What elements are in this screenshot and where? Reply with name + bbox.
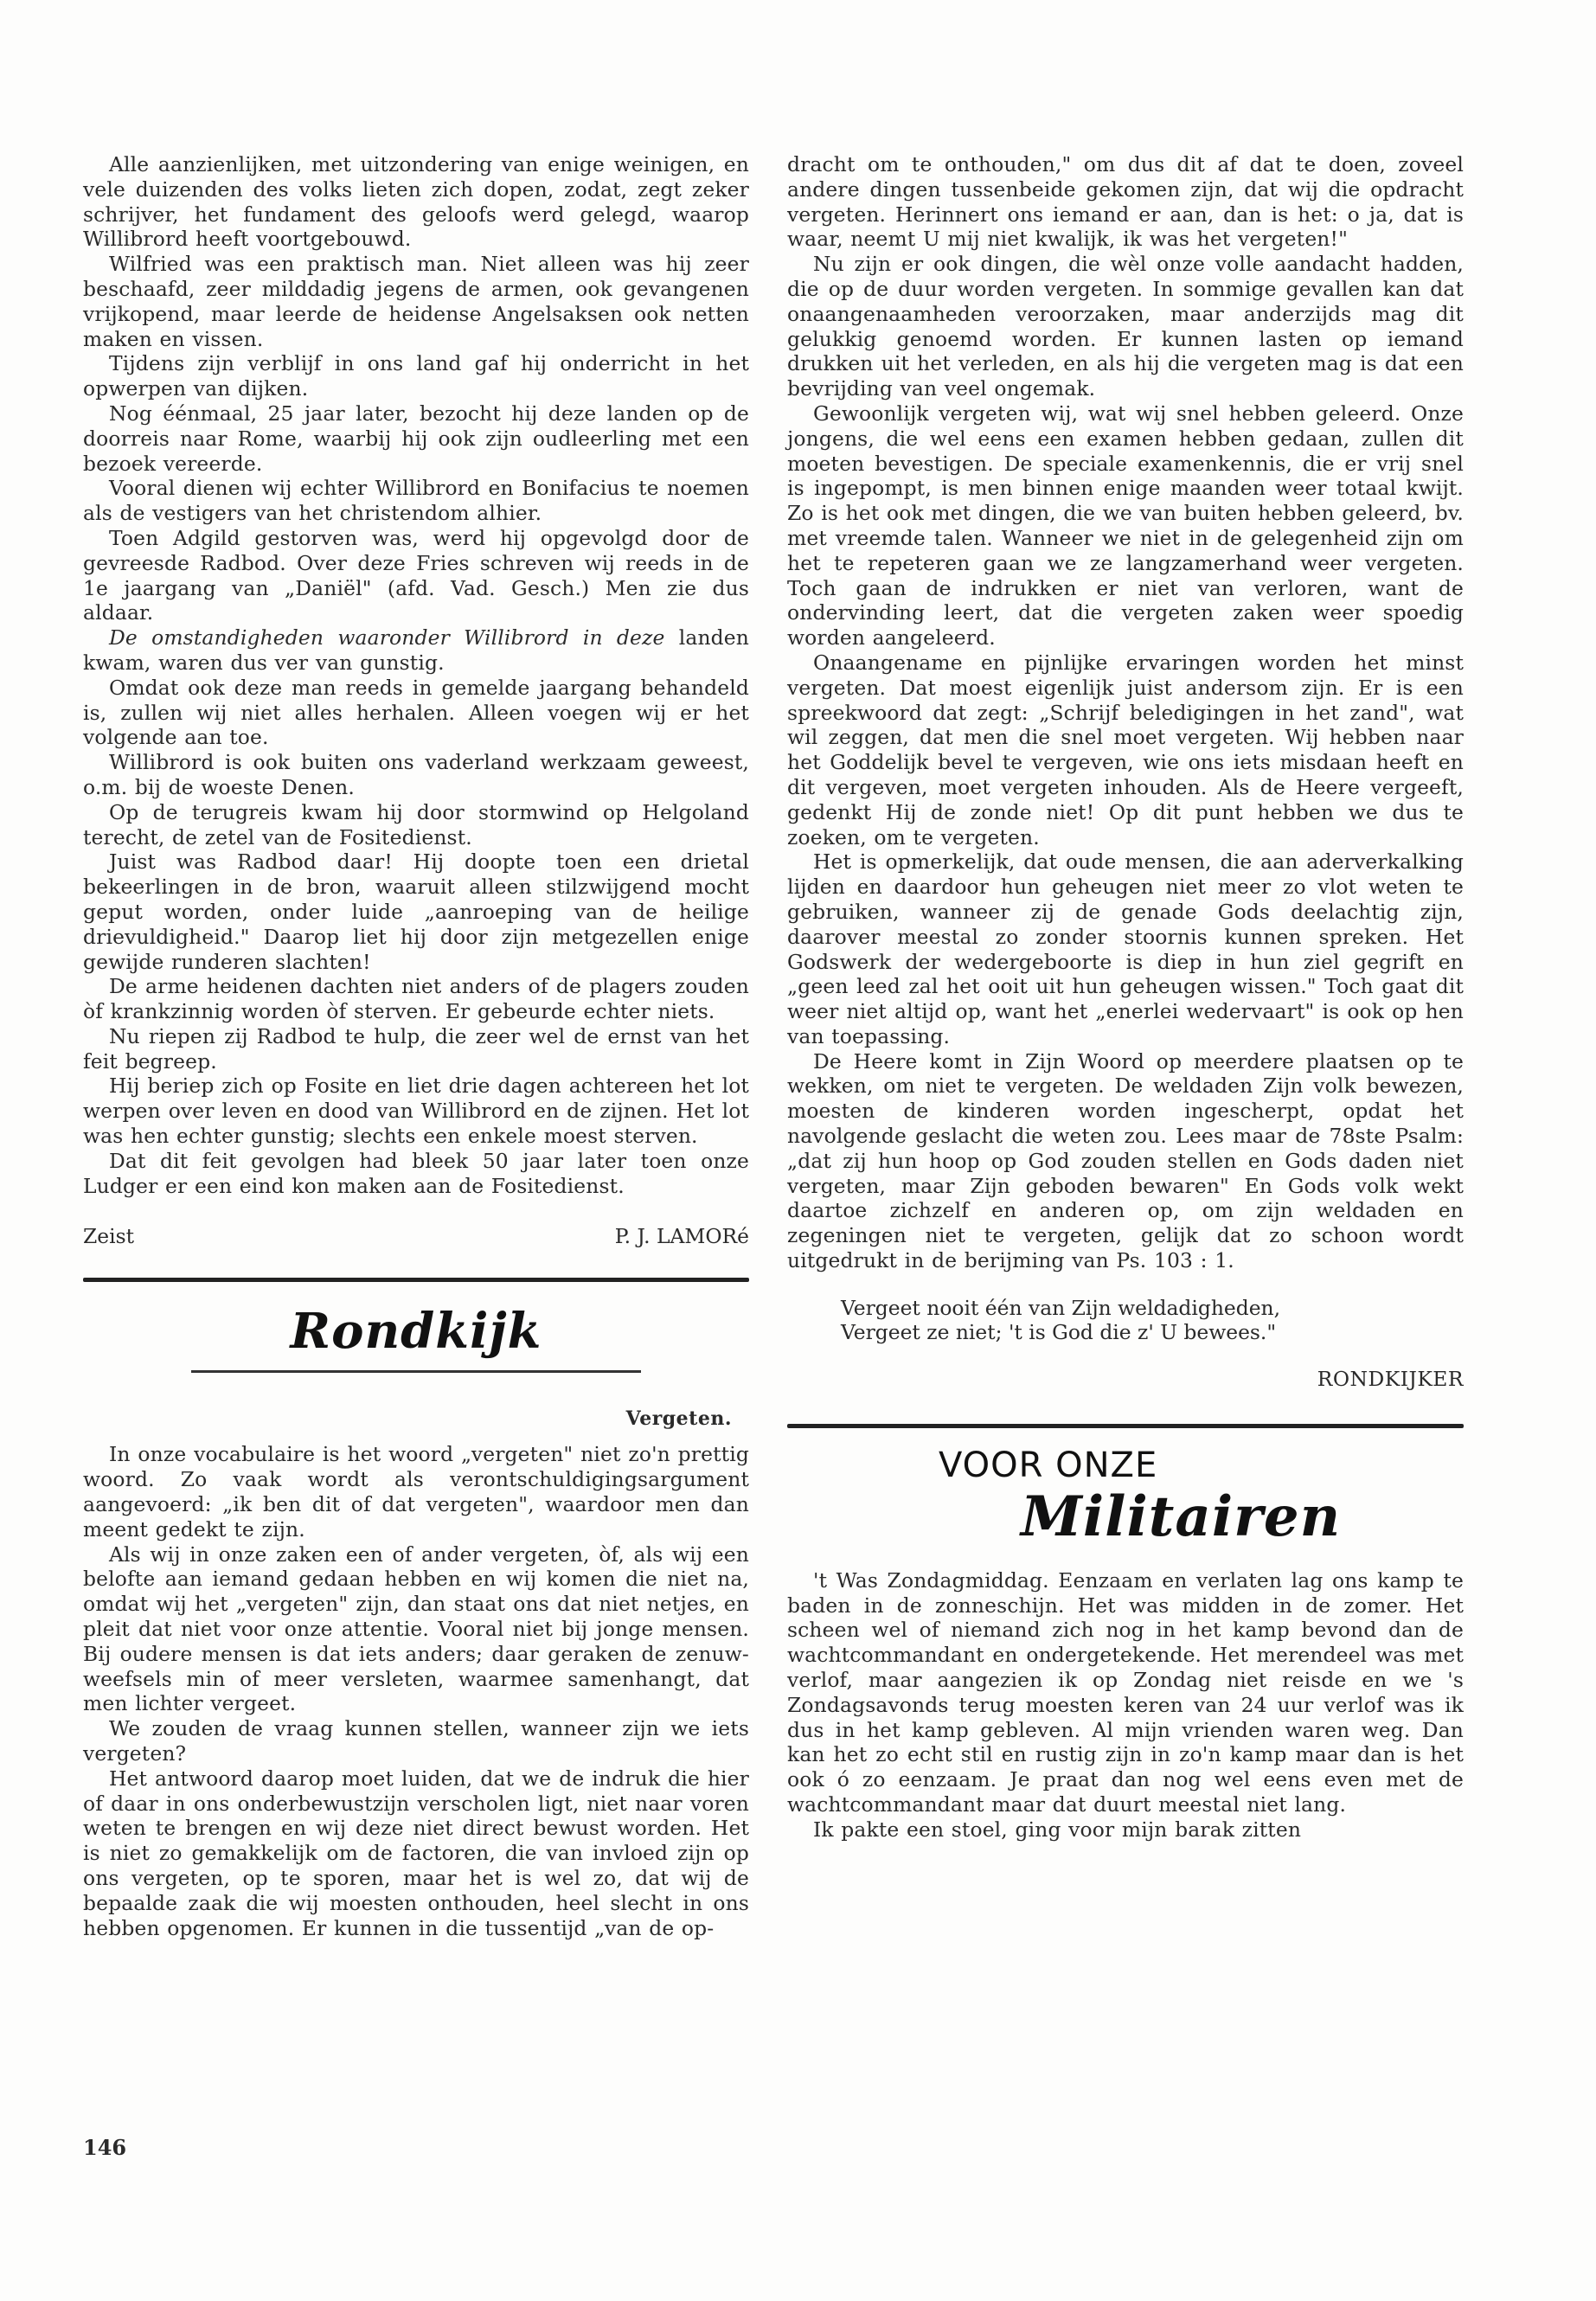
section-divider [83, 1278, 749, 1282]
rondkijk-subheading: Vergeten. [83, 1407, 732, 1430]
article-paragraph: Op de terugreis kwam hij door stormwind … [83, 800, 749, 850]
rondkijk-paragraph: Nu zijn er ook dingen, die wèl onze voll… [787, 252, 1464, 401]
rondkijk-paragraph: Het is opmerkelijk, dat oude mensen, die… [787, 849, 1464, 1048]
right-column: dracht om te onthouden," om dus dit af d… [787, 152, 1464, 1843]
article-paragraph: Toen Adgild gestorven was, werd hij opge… [83, 526, 749, 625]
article-paragraph: Vooral dienen wij echter Willibrord en B… [83, 476, 749, 526]
rondkijk-paragraph: Onaangename en pijnlijke ervaringen word… [787, 651, 1464, 849]
article-paragraph: Omdat ook deze man reeds in gemelde jaar… [83, 676, 749, 750]
militairen-kicker: VOOR ONZE [939, 1445, 1464, 1485]
page-number: 146 [83, 2135, 126, 2160]
rondkijk-paragraph: Als wij in onze zaken een of ander verge… [83, 1542, 749, 1717]
article-paragraph: Wilfried was een praktisch man. Niet all… [83, 252, 749, 351]
signature-place: Zeist [83, 1224, 134, 1248]
article-paragraph: Dat dit feit gevolgen had bleek 50 jaar … [83, 1149, 749, 1199]
article-paragraph: Alle aanzienlijken, met uitzondering van… [83, 152, 749, 252]
signature-author: P. J. LAMORé [615, 1224, 749, 1248]
article-signature: Zeist P. J. LAMORé [83, 1224, 749, 1248]
article-paragraph: Juist was Radbod daar! Hij doopte toen e… [83, 849, 749, 974]
militairen-section-title: Militairen [1021, 1485, 1464, 1549]
rondkijk-paragraph: We zouden de vraag kunnen stellen, wanne… [83, 1716, 749, 1766]
section-divider [787, 1424, 1464, 1428]
italic-phrase: De omstandigheden waaronder Willibrord i… [109, 625, 665, 650]
rondkijk-section-title: Rondkijk [83, 1304, 749, 1358]
militairen-paragraph: 't Was Zondagmiddag. Eenzaam en verlaten… [787, 1568, 1464, 1817]
article-paragraph: De arme heidenen dachten niet anders of … [83, 974, 749, 1024]
article-paragraph: Hij beriep zich op Fosite en liet drie d… [83, 1074, 749, 1148]
article-paragraph: Nog éénmaal, 25 jaar later, bezocht hij … [83, 401, 749, 476]
left-column: Alle aanzienlijken, met uitzondering van… [83, 152, 749, 1940]
psalm-quote: Vergeet nooit één van Zijn weldadigheden… [841, 1296, 1464, 1344]
rondkijk-signature: RONDKIJKER [787, 1367, 1464, 1391]
magazine-page: Alle aanzienlijken, met uitzondering van… [0, 0, 1596, 2301]
article-paragraph: Willibrord is ook buiten ons vaderland w… [83, 750, 749, 800]
militairen-paragraph: Ik pakte een stoel, ging voor mijn barak… [787, 1817, 1464, 1843]
rondkijk-paragraph: In onze vocabulaire is het woord „verget… [83, 1442, 749, 1541]
rondkijk-continuation: dracht om te onthouden," om dus dit af d… [787, 152, 1464, 252]
rondkijk-paragraph: De Heere komt in Zijn Woord op meerdere … [787, 1049, 1464, 1273]
rondkijk-paragraph: Gewoonlijk vergeten wij, wat wij snel he… [787, 401, 1464, 651]
rondkijk-paragraph: Het antwoord daarop moet luiden, dat we … [83, 1766, 749, 1941]
psalm-line: Vergeet nooit één van Zijn weldadigheden… [841, 1296, 1464, 1320]
psalm-line: Vergeet ze niet; 't is God die z' U bewe… [841, 1320, 1464, 1344]
article-paragraph: Nu riepen zij Radbod te hulp, die zeer w… [83, 1024, 749, 1074]
title-underline [191, 1370, 641, 1373]
article-paragraph: Tijdens zijn verblijf in ons land gaf hi… [83, 351, 749, 401]
article-paragraph-italic-lead: De omstandigheden waaronder Willibrord i… [83, 625, 749, 676]
